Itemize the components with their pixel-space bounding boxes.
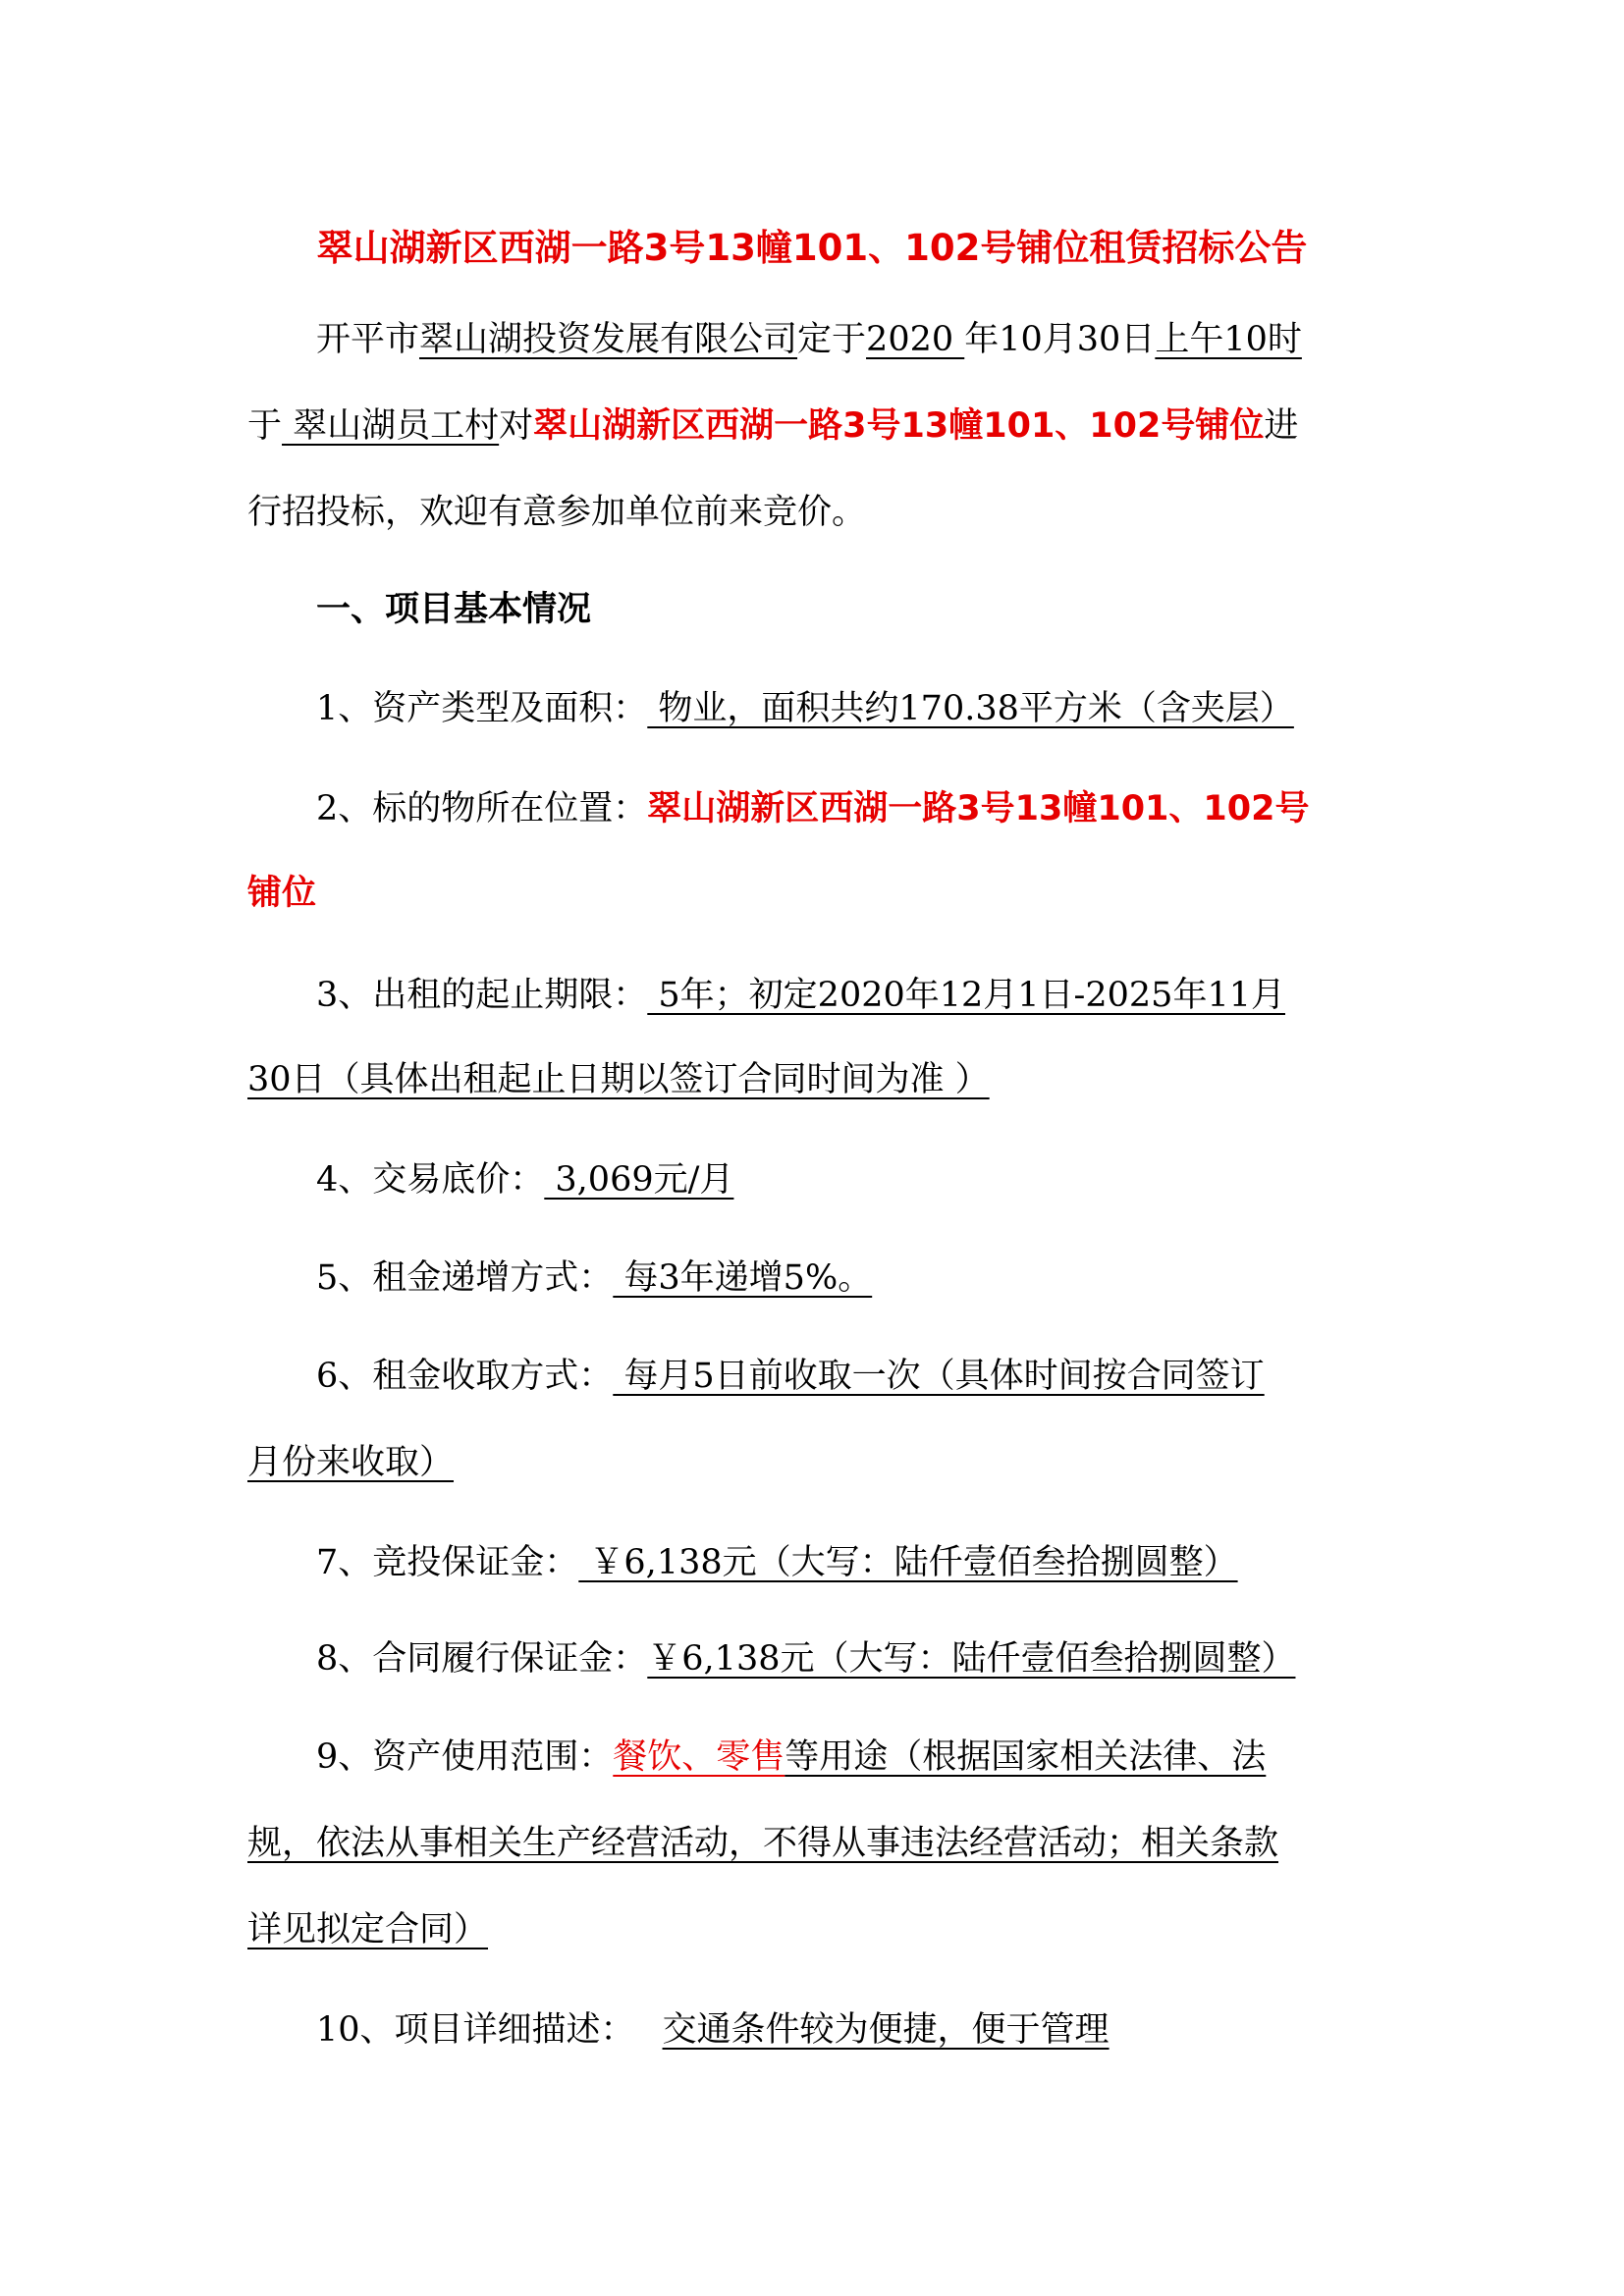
intro-text: 开平市	[316, 320, 419, 359]
item-label: 6、租金收取方式：	[316, 1357, 613, 1396]
bid-date: 年10月30日	[964, 320, 1155, 359]
bid-year: 2020	[866, 320, 964, 359]
item-5: 5、租金递增方式： 每3年递增5%。	[316, 1255, 872, 1302]
bid-place: 翠山湖员工村	[282, 406, 499, 446]
item-label: 9、资产使用范围：	[316, 1737, 613, 1777]
item-value: 每月5日前收取一次（具体时间按合同签订	[613, 1357, 1264, 1396]
item-value: 交通条件较为便捷，便于管理	[663, 2010, 1110, 2050]
item-3-cont: 30日（具体出租起止日期以签订合同时间为准 ）	[247, 1056, 990, 1103]
item-value: 5年；初定2020年12月1日-2025年11月	[647, 976, 1285, 1015]
bid-target: 翠山湖新区西湖一路3号13幢101、102号铺位	[533, 406, 1264, 446]
item-label: 1、资产类型及面积：	[316, 689, 647, 728]
document-title: 翠山湖新区西湖一路3号13幢101、102号铺位租赁招标公告	[0, 218, 1624, 271]
item-1: 1、资产类型及面积： 物业，面积共约170.38平方米（含夹层）	[316, 685, 1294, 732]
intro-text: 于	[247, 406, 282, 446]
item-7: 7、竞投保证金： ￥6,138元（大写：陆仟壹佰叁拾捌圆整）	[316, 1539, 1238, 1586]
item-2-cont: 铺位	[247, 870, 316, 917]
item-value: 3,069元/月	[544, 1160, 733, 1200]
item-value: ￥6,138元（大写：陆仟壹佰叁拾捌圆整）	[578, 1543, 1237, 1582]
item-8: 8、合同履行保证金：￥6,138元（大写：陆仟壹佰叁拾捌圆整）	[316, 1635, 1295, 1682]
item-6-cont: 月份来收取）	[247, 1439, 454, 1486]
section-heading: 一、项目基本情况	[316, 586, 591, 633]
item-value: 等用途（根据国家相关法律、法	[785, 1737, 1266, 1777]
item-label: 2、标的物所在位置：	[316, 789, 647, 828]
item-value: 物业，面积共约170.38平方米（含夹层）	[647, 689, 1294, 728]
item-3: 3、出租的起止期限： 5年；初定2020年12月1日-2025年11月	[316, 972, 1285, 1019]
intro-line-1: 开平市翠山湖投资发展有限公司定于2020 年10月30日上午10时	[316, 316, 1302, 363]
item-value: 翠山湖新区西湖一路3号13幢101、102号	[647, 789, 1309, 828]
item-label: 3、出租的起止期限：	[316, 976, 647, 1015]
item-value: 每3年递增5%。	[613, 1258, 872, 1298]
item-label: 7、竞投保证金：	[316, 1543, 578, 1582]
company-name: 翠山湖投资发展有限公司	[419, 320, 797, 359]
item-label: 5、租金递增方式：	[316, 1258, 613, 1298]
bid-time: 上午10时	[1155, 320, 1302, 359]
intro-line-3: 行招投标，欢迎有意参加单位前来竞价。	[247, 489, 866, 536]
item-6: 6、租金收取方式： 每月5日前收取一次（具体时间按合同签订	[316, 1353, 1265, 1400]
intro-text: 定于	[797, 320, 866, 359]
item-9-cont: 规，依法从事相关生产经营活动，不得从事违法经营活动；相关条款	[247, 1820, 1278, 1867]
intro-text: 对	[499, 406, 533, 446]
intro-text: 进	[1264, 406, 1298, 446]
item-label: 8、合同履行保证金：	[316, 1639, 647, 1679]
item-10: 10、项目详细描述：交通条件较为便捷，便于管理	[316, 2006, 1110, 2054]
item-4: 4、交易底价： 3,069元/月	[316, 1156, 733, 1203]
item-label: 10、项目详细描述：	[316, 2010, 635, 2050]
item-9: 9、资产使用范围：餐饮、零售等用途（根据国家相关法律、法	[316, 1734, 1266, 1781]
item-9-cont-2: 详见拟定合同）	[247, 1906, 488, 1953]
item-label: 4、交易底价：	[316, 1160, 544, 1200]
item-value: ￥6,138元（大写：陆仟壹佰叁拾捌圆整）	[647, 1639, 1295, 1679]
item-2: 2、标的物所在位置：翠山湖新区西湖一路3号13幢101、102号	[316, 785, 1309, 832]
item-value-highlight: 餐饮、零售	[613, 1737, 785, 1777]
intro-line-2: 于 翠山湖员工村对翠山湖新区西湖一路3号13幢101、102号铺位进	[247, 402, 1298, 450]
document-page: 翠山湖新区西湖一路3号13幢101、102号铺位租赁招标公告 开平市翠山湖投资发…	[0, 0, 1624, 2296]
